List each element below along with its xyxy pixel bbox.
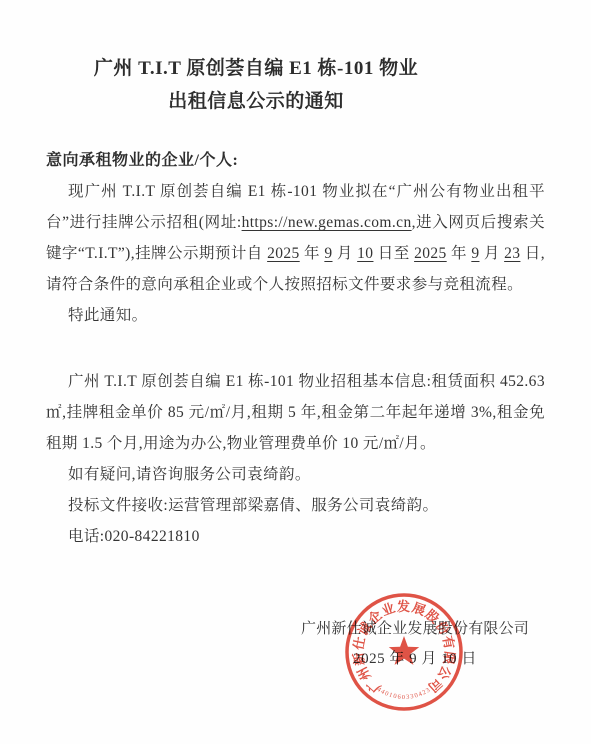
title-line-2: 出租信息公示的通知: [46, 85, 466, 118]
salutation-line: 意向承租物业的企业/个人:: [46, 145, 545, 176]
scanned-notice-page: 广州 T.I.T 原创荟自编 E1 栋-101 物业 出租信息公示的通知 意向承…: [0, 0, 591, 744]
document-title: 广州 T.I.T 原创荟自编 E1 栋-101 物业 出租信息公示的通知: [46, 52, 466, 118]
title-line-1: 广州 T.I.T 原创荟自编 E1 栋-101 物业: [46, 52, 466, 85]
text-segment: 年: [447, 245, 472, 262]
start-year-text: 2025: [267, 245, 300, 262]
platform-url-text: https://new.gemas.com.cn: [242, 214, 412, 231]
contact-phone-line: 电话:020-84221810: [46, 521, 545, 552]
company-name: 广州新仕诚企业发展股份有限公司: [301, 614, 529, 644]
text-segment: 月: [479, 245, 504, 262]
text-segment: 月: [333, 245, 358, 262]
notice-close-line: 特此通知。: [46, 300, 545, 331]
document-content: 广州 T.I.T 原创荟自编 E1 栋-101 物业 出租信息公示的通知 意向承…: [0, 52, 591, 674]
signature-block: 广州新仕诚企业发展股份有限公司 2025 年 9 月 10 日: [301, 614, 529, 674]
seal-serial-number: 4401060330423: [376, 686, 433, 701]
contact-bid-receive-line: 投标文件接收:运营管理部梁嘉倩、服务公司袁绮韵。: [46, 490, 545, 521]
end-day-text: 23: [504, 245, 520, 262]
end-year-text: 2025: [414, 245, 447, 262]
start-month-text: 9: [324, 245, 332, 262]
paragraph-lease-info: 广州 T.I.T 原创荟自编 E1 栋-101 物业招租基本信息:租赁面积 45…: [46, 366, 545, 459]
text-segment: 日至: [373, 245, 414, 262]
text-segment: 年: [300, 245, 325, 262]
start-day-text: 10: [357, 245, 373, 262]
paragraph-announcement: 现广州 T.I.T 原创荟自编 E1 栋-101 物业拟在“广州公有物业出租平台…: [46, 176, 545, 300]
contact-question-line: 如有疑问,请咨询服务公司袁绮韵。: [46, 459, 545, 490]
signature-date: 2025 年 9 月 10 日: [301, 644, 529, 674]
